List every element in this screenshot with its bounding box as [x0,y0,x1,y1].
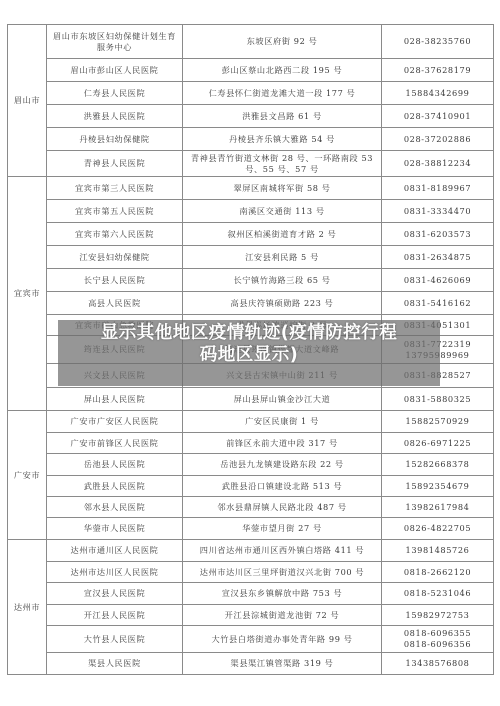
address-cell: 南溪区交通街 113 号 [183,200,382,223]
city-cell: 眉山市 [8,25,47,177]
table-row: 江安县妇幼保健院江安县利民路 5 号0831-2634875 [8,246,494,269]
address-cell: 达州市达川区三里坪街道汉兴北街 700 号 [183,562,382,583]
hospital-name-cell: 青神县人民医院 [47,151,183,177]
hospital-name-cell: 开江县人民医院 [47,605,183,626]
city-cell: 达州市 [8,540,47,675]
hospital-name-cell: 长宁县人民医院 [47,269,183,292]
phone-cell: 0818-5231046 [382,583,494,605]
address-cell: 屏山县屏山镇金沙江大道 [183,388,382,411]
phone-cell: 0831-5416162 [382,292,494,315]
address-cell: 宣汉县东乡镇解放中路 753 号 [183,583,382,605]
hospital-name-cell: 广安市前锋区人民医院 [47,433,183,454]
city-cell: 广安市 [8,411,47,540]
address-cell: 四川省达州市通川区西外镇白塔路 411 号 [183,540,382,562]
hospital-name-cell: 宜宾市第五人民医院 [47,200,183,223]
address-cell: 叙州区柏溪街道育才路 2 号 [183,223,382,246]
table-row: 眉山市彭山区人民医院彭山区蔡山北路西二段 195 号028-37628179 [8,59,494,82]
table-row: 开江县人民医院开江县淙城街道龙池街 72 号15982972753 [8,605,494,626]
phone-cell: 15882570929 [382,411,494,433]
table-row: 大竹县人民医院大竹县白塔街道办事处青年路 99 号0818-6096355 08… [8,626,494,653]
address-cell: 邻水县鼎屏镇人民路北段 487 号 [183,497,382,518]
hospital-name-cell: 宜宾市第六人民医院 [47,223,183,246]
table-row: 武胜县人民医院武胜县沿口镇建设北路 513 号15892354679 [8,476,494,497]
address-cell: 大竹县白塔街道办事处青年路 99 号 [183,626,382,653]
table-row: 邻水县人民医院邻水县鼎屏镇人民路北段 487 号13982617984 [8,497,494,518]
table-row: 丹棱县妇幼保健院丹棱县齐乐镇大雅路 54 号028-37202886 [8,128,494,151]
hospital-name-cell: 宜宾市第三人民医院 [47,177,183,200]
hospital-name-cell: 达州市达川区人民医院 [47,562,183,583]
hospital-name-cell: 洪雅县人民医院 [47,105,183,128]
table-row: 屏山县人民医院屏山县屏山镇金沙江大道0831-5880325 [8,388,494,411]
address-cell: 彭山区蔡山北路西二段 195 号 [183,59,382,82]
phone-cell: 13982617984 [382,497,494,518]
address-cell: 丹棱县齐乐镇大雅路 54 号 [183,128,382,151]
phone-cell: 028-38812234 [382,151,494,177]
table-row: 广安市前锋区人民医院前锋区永前大道中段 317 号0826-6971225 [8,433,494,454]
phone-cell: 0818-6096355 0818-6096356 [382,626,494,653]
table-row: 华蓥市人民医院华蓥市望月街 27 号0826-4822705 [8,518,494,540]
hospital-name-cell: 眉山市东坡区妇幼保健计划生育服务中心 [47,25,183,59]
phone-cell: 0831-8189967 [382,177,494,200]
hospital-name-cell: 大竹县人民医院 [47,626,183,653]
hospital-name-cell: 渠县人民医院 [47,653,183,675]
table-row: 宜宾市宜宾市第三人民医院翠屏区南城将军街 58 号0831-8189967 [8,177,494,200]
phone-cell: 15982972753 [382,605,494,626]
hospital-name-cell: 仁寿县人民医院 [47,82,183,105]
table-row: 广安市广安市广安区人民医院广安区民康街 1 号15882570929 [8,411,494,433]
address-cell: 青神县青竹街道文林街 28 号、一环路南段 53 号、55 号、57 号 [183,151,382,177]
address-cell: 前锋区永前大道中段 317 号 [183,433,382,454]
address-cell: 广安区民康街 1 号 [183,411,382,433]
table-row: 宣汉县人民医院宣汉县东乡镇解放中路 753 号0818-5231046 [8,583,494,605]
address-cell: 华蓥市望月街 27 号 [183,518,382,540]
table-row: 长宁县人民医院长宁镇竹海路三段 65 号0831-4626069 [8,269,494,292]
city-cell: 宜宾市 [8,177,47,411]
phone-cell: 15884342699 [382,82,494,105]
table-row: 岳池县人民医院岳池县九龙镇建设路东段 22 号15282668378 [8,454,494,476]
phone-cell: 028-38235760 [382,25,494,59]
phone-cell: 0831-3334470 [382,200,494,223]
phone-cell: 0831-2634875 [382,246,494,269]
phone-cell: 028-37410901 [382,105,494,128]
phone-cell: 15282668378 [382,454,494,476]
address-cell: 渠县渠江镇管渠路 319 号 [183,653,382,675]
phone-cell: 0818-2662120 [382,562,494,583]
hospital-name-cell: 丹棱县妇幼保健院 [47,128,183,151]
hospital-name-cell: 屏山县人民医院 [47,388,183,411]
hospital-name-cell: 江安县妇幼保健院 [47,246,183,269]
table-row: 仁寿县人民医院仁寿县怀仁街道龙滩大道一段 177 号15884342699 [8,82,494,105]
hospital-name-cell: 宣汉县人民医院 [47,583,183,605]
address-cell: 仁寿县怀仁街道龙滩大道一段 177 号 [183,82,382,105]
hospital-name-cell: 眉山市彭山区人民医院 [47,59,183,82]
phone-cell: 0826-4822705 [382,518,494,540]
address-cell: 武胜县沿口镇建设北路 513 号 [183,476,382,497]
hospital-name-cell: 岳池县人民医院 [47,454,183,476]
address-cell: 岳池县九龙镇建设路东段 22 号 [183,454,382,476]
phone-cell: 15892354679 [382,476,494,497]
address-cell: 洪雅县文昌路 61 号 [183,105,382,128]
banner-line-1: 显示其他地区疫情轨迹(疫情防控行程 [58,322,440,344]
phone-cell: 13438576808 [382,653,494,675]
address-cell: 东坡区府街 92 号 [183,25,382,59]
phone-cell: 028-37202886 [382,128,494,151]
address-cell: 江安县利民路 5 号 [183,246,382,269]
table-row: 眉山市眉山市东坡区妇幼保健计划生育服务中心东坡区府街 92 号028-38235… [8,25,494,59]
table-row: 宜宾市第六人民医院叙州区柏溪街道育才路 2 号0831-6203573 [8,223,494,246]
address-cell: 长宁镇竹海路三段 65 号 [183,269,382,292]
table-row: 高县人民医院高县庆符镇硕勋路 223 号0831-5416162 [8,292,494,315]
phone-cell: 0826-6971225 [382,433,494,454]
hospital-name-cell: 邻水县人民医院 [47,497,183,518]
table-row: 达州市达州市通川区人民医院四川省达州市通川区西外镇白塔路 411 号139814… [8,540,494,562]
hospital-name-cell: 华蓥市人民医院 [47,518,183,540]
hospital-name-cell: 高县人民医院 [47,292,183,315]
phone-cell: 0831-6203573 [382,223,494,246]
table-row: 渠县人民医院渠县渠江镇管渠路 319 号13438576808 [8,653,494,675]
phone-cell: 028-37628179 [382,59,494,82]
hospital-name-cell: 广安市广安区人民医院 [47,411,183,433]
address-cell: 开江县淙城街道龙池街 72 号 [183,605,382,626]
phone-cell: 0831-4626069 [382,269,494,292]
address-cell: 翠屏区南城将军街 58 号 [183,177,382,200]
phone-cell: 0831-5880325 [382,388,494,411]
table-row: 达州市达川区人民医院达州市达川区三里坪街道汉兴北街 700 号0818-2662… [8,562,494,583]
address-cell: 高县庆符镇硕勋路 223 号 [183,292,382,315]
hospital-name-cell: 达州市通川区人民医院 [47,540,183,562]
title-overlay-text: 显示其他地区疫情轨迹(疫情防控行程 码地区显示) [58,322,440,366]
phone-cell: 13981485726 [382,540,494,562]
table-row: 宜宾市第五人民医院南溪区交通街 113 号0831-3334470 [8,200,494,223]
table-row: 青神县人民医院青神县青竹街道文林街 28 号、一环路南段 53 号、55 号、5… [8,151,494,177]
banner-line-2: 码地区显示) [58,344,440,366]
hospital-name-cell: 武胜县人民医院 [47,476,183,497]
table-row: 洪雅县人民医院洪雅县文昌路 61 号028-37410901 [8,105,494,128]
